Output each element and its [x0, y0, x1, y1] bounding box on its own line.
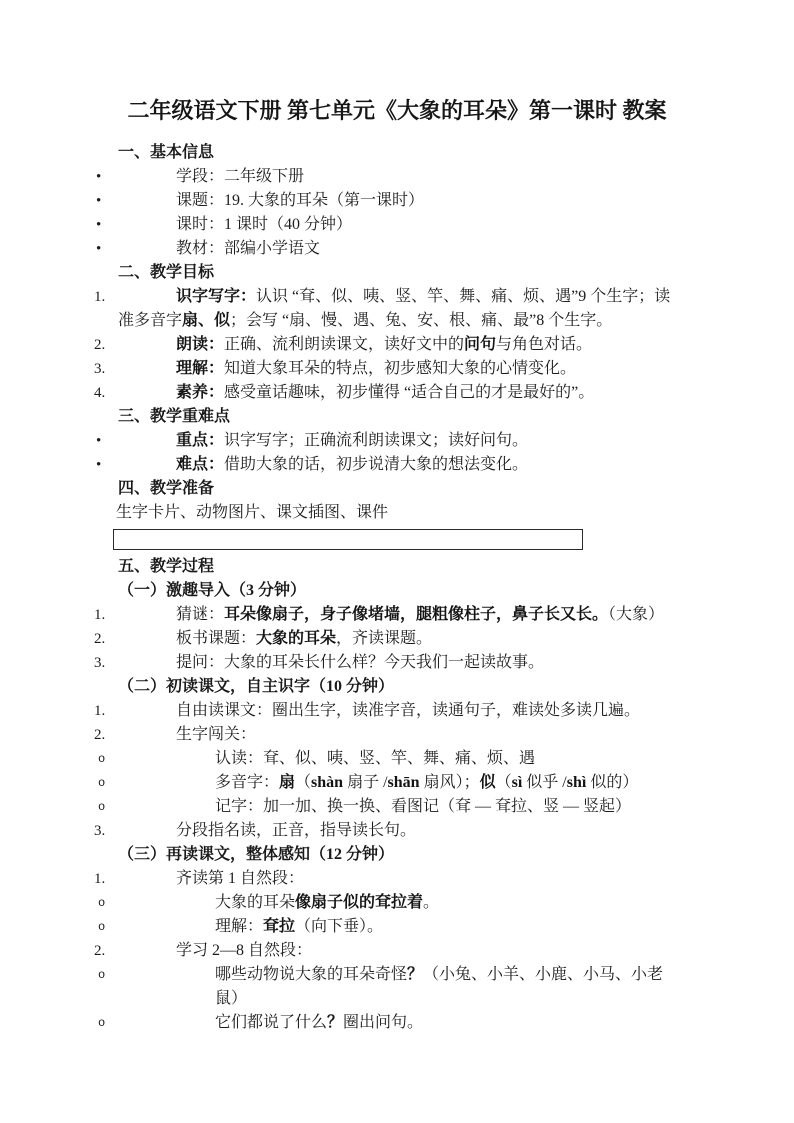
line-text: （二）初读课文，自主识字（10 分钟） [118, 675, 680, 699]
number-marker: 2. [94, 723, 105, 747]
text-run: 识字写字；正确流利朗读课文；读好问句。 [224, 432, 528, 449]
text-run: 借助大象的话，初步说清大象的想法变化。 [224, 456, 528, 473]
wordwork-recognize: o认读：耷、似、咦、竖、竿、舞、痛、烦、遇 [0, 747, 794, 771]
text-run: 理解： [215, 918, 263, 935]
text-run: 它们都说了什么 [215, 1014, 327, 1031]
text-run: 齐读第 1 自然段： [176, 870, 304, 887]
text-run: 课题：19. 大象的耳朵（第一课时） [176, 192, 424, 209]
number-marker: 2. [94, 627, 105, 651]
text-run: 哪些动物说大象的耳朵奇怪 [215, 966, 407, 983]
line-text: 多音字：扇（shàn 扇子 /shān 扇风）；似（sì 似乎 /shì 似的） [215, 771, 680, 795]
text-run: 学段：二年级下册 [176, 168, 304, 185]
bullet-marker: • [96, 189, 101, 213]
line-text: 课题：19. 大象的耳朵（第一课时） [118, 189, 680, 213]
bold-text-run: ？ [407, 966, 423, 983]
line-text: 齐读第 1 自然段： [118, 867, 680, 891]
sub-bullet-marker: o [98, 915, 105, 939]
line-text: 理解：知道大象耳朵的特点，初步感知大象的心情变化。 [118, 357, 680, 381]
line-text: 学段：二年级下册 [118, 165, 680, 189]
bold-text-run: shì [567, 774, 587, 791]
text-run: （ [496, 774, 512, 791]
secondread-paragraph-1: 1.齐读第 1 自然段： [0, 867, 794, 891]
text-run: 。 [423, 894, 439, 911]
line-text: 教材：部编小学语文 [118, 237, 680, 261]
step-3-second-reading: （三）再读课文，整体感知（12 分钟） [0, 843, 794, 867]
wordwork-polyphones: o多音字：扇（shàn 扇子 /shān 扇风）；似（sì 似乎 /shì 似的… [0, 771, 794, 795]
sub-bullet-marker: o [98, 963, 105, 987]
text-run: 提问：大象的耳朵长什么样？今天我们一起读故事。 [176, 654, 544, 671]
item-grade: •学段：二年级下册 [0, 165, 794, 189]
text-run: 正确、流利朗读课文，读好文中的 [224, 336, 464, 353]
question-which-animals: o哪些动物说大象的耳朵奇怪？（小兔、小羊、小鹿、小马、小老鼠） [0, 963, 794, 1011]
line-text: 提问：大象的耳朵长什么样？今天我们一起读故事。 [118, 651, 680, 675]
bold-text-run: 像扇子似的耷拉着 [295, 894, 423, 911]
text-run: 记字：加一加、换一换、看图记（耷 — 耷拉、竖 — 竖起） [215, 798, 631, 815]
line-text: 一、基本信息 [118, 141, 680, 165]
line-text: 生字闯关： [118, 723, 680, 747]
text-run: 课时：1 课时（40 分钟） [176, 216, 352, 233]
text-run: ；会写 “扇、慢、遇、兔、安、根、痛、最”8 个生字。 [230, 312, 612, 329]
bold-text-run: 耷拉 [263, 918, 295, 935]
text-run: ，齐读课题。 [336, 630, 432, 647]
text-run: 似乎 / [522, 774, 566, 791]
bold-text-run: 扇、似 [182, 312, 230, 329]
goal-competence: 4.素养：感受童话趣味，初步懂得 “适合自己的才是最好的”。 [0, 381, 794, 405]
line-text: 记字：加一加、换一换、看图记（耷 — 耷拉、竖 — 竖起） [215, 795, 680, 819]
line-text: 猜谜：耳朵像扇子，身子像堵墙，腿粗像柱子，鼻子长又长。（大象） [118, 603, 680, 627]
text-run: 分段指名读，正音，指导读长句。 [176, 822, 416, 839]
line-text: 难点：借助大象的话，初步说清大象的想法变化。 [118, 453, 680, 477]
item-textbook: •教材：部编小学语文 [0, 237, 794, 261]
bold-text-run: sì [512, 774, 523, 791]
line-text: 大象的耳朵像扇子似的耷拉着。 [215, 891, 680, 915]
text-run: 大象的耳朵 [215, 894, 295, 911]
firstread-free-reading: 1.自由读课文：圈出生字，读准字音，读通句子，难读处多读几遍。 [0, 699, 794, 723]
bullet-marker: • [96, 213, 101, 237]
bold-text-run: 朗读： [176, 336, 224, 353]
section-basic-info: 一、基本信息 [0, 141, 794, 165]
bold-text-run: 大象的耳朵 [256, 630, 336, 647]
line-text: 重点：识字写字；正确流利朗读课文；读好问句。 [118, 429, 680, 453]
line-text: 理解：耷拉（向下垂）。 [215, 915, 680, 939]
text-run: （ [295, 774, 311, 791]
text-run: 扇风）； [420, 774, 480, 791]
firstread-paragraph-reading: 3.分段指名读，正音，指导读长句。 [0, 819, 794, 843]
document-body: 一、基本信息•学段：二年级下册•课题：19. 大象的耳朵（第一课时）•课时：1 … [0, 141, 794, 1035]
line-text: 哪些动物说大象的耳朵奇怪？（小兔、小羊、小鹿、小马、小老鼠） [215, 963, 680, 1011]
text-run: 生字卡片、动物图片、课文插图、课件 [116, 504, 388, 521]
number-marker: 1. [94, 285, 105, 309]
item-preparation-materials: 生字卡片、动物图片、课文插图、课件 [0, 501, 794, 525]
number-marker: 3. [94, 651, 105, 675]
bullet-marker: • [96, 237, 101, 261]
question-what-they-said: o它们都说了什么？圈出问句。 [0, 1011, 794, 1035]
document-page: 二年级语文下册 第七单元《大象的耳朵》第一课时 教案 一、基本信息•学段：二年级… [0, 0, 794, 1123]
line-text: 自由读课文：圈出生字，读准字音，读通句子，难读处多读几遍。 [118, 699, 680, 723]
sub-bullet-marker: o [98, 771, 105, 795]
item-period: •课时：1 课时（40 分钟） [0, 213, 794, 237]
line-text: 二、教学目标 [118, 261, 680, 285]
text-run: 三、教学重难点 [118, 408, 230, 425]
text-run: 扇子 / [343, 774, 387, 791]
goal-literacy: 1.识字写字：认识 “耷、似、咦、竖、竿、舞、痛、烦、遇”9 个生字；读准多音字… [0, 285, 794, 333]
text-run: 圈出问句。 [343, 1014, 423, 1031]
line-text: 板书课题：大象的耳朵，齐读课题。 [118, 627, 680, 651]
text-run: 多音字： [215, 774, 279, 791]
number-marker: 1. [94, 603, 105, 627]
leadin-riddle: 1.猜谜：耳朵像扇子，身子像堵墙，腿粗像柱子，鼻子长又长。（大象） [0, 603, 794, 627]
bold-text-run: shān [388, 774, 420, 791]
line-text: 认读：耷、似、咦、竖、竿、舞、痛、烦、遇 [215, 747, 680, 771]
bold-text-run: 难点： [176, 456, 224, 473]
leadin-board-title: 2.板书课题：大象的耳朵，齐读课题。 [0, 627, 794, 651]
text-run: （大象） [608, 606, 664, 623]
bold-text-run: 扇 [279, 774, 295, 791]
secondread-paragraphs-2-8: 2.学习 2—8 自然段： [0, 939, 794, 963]
number-marker: 1. [94, 867, 105, 891]
sub-bullet-marker: o [98, 795, 105, 819]
line-text: 学习 2—8 自然段： [118, 939, 680, 963]
bold-text-run: ？ [327, 1014, 343, 1031]
number-marker: 2. [94, 333, 105, 357]
number-marker: 3. [94, 357, 105, 381]
text-run: 知道大象耳朵的特点，初步感知大象的心情变化。 [224, 360, 576, 377]
text-run: 认读：耷、似、咦、竖、竿、舞、痛、烦、遇 [215, 750, 535, 767]
bold-text-run: shàn [311, 774, 343, 791]
bold-text-run: 问句 [464, 336, 496, 353]
item-lesson-title: •课题：19. 大象的耳朵（第一课时） [0, 189, 794, 213]
line-text: 它们都说了什么？圈出问句。 [215, 1011, 680, 1035]
step-2-first-reading: （二）初读课文，自主识字（10 分钟） [0, 675, 794, 699]
paragraph1-sentence: o大象的耳朵像扇子似的耷拉着。 [0, 891, 794, 915]
bold-text-run: 重点： [176, 432, 224, 449]
bullet-marker: • [96, 453, 101, 477]
line-text: 朗读：正确、流利朗读课文，读好文中的问句与角色对话。 [118, 333, 680, 357]
text-run: 学习 2—8 自然段： [176, 942, 312, 959]
text-run: 自由读课文：圈出生字，读准字音，读通句子，难读处多读几遍。 [176, 702, 640, 719]
text-run: （二）初读课文，自主识字（10 分钟） [118, 678, 394, 695]
text-run: （向下垂）。 [295, 918, 383, 935]
number-marker: 2. [94, 939, 105, 963]
number-marker: 3. [94, 819, 105, 843]
sub-bullet-marker: o [98, 1011, 105, 1035]
bullet-marker: • [96, 165, 101, 189]
text-run: （三）再读课文，整体感知（12 分钟） [118, 846, 394, 863]
line-text: 生字卡片、动物图片、课文插图、课件 [116, 501, 680, 525]
step-1-lead-in: （一）激趣导入（3 分钟） [0, 579, 794, 603]
sub-bullet-marker: o [98, 891, 105, 915]
wordwork-memorize: o记字：加一加、换一换、看图记（耷 — 耷拉、竖 — 竖起） [0, 795, 794, 819]
text-run: 猜谜： [176, 606, 224, 623]
line-text: 识字写字：认识 “耷、似、咦、竖、竿、舞、痛、烦、遇”9 个生字；读准多音字扇、… [118, 285, 680, 333]
bullet-marker: • [96, 429, 101, 453]
section-teaching-goals: 二、教学目标 [0, 261, 794, 285]
text-run: 教材：部编小学语文 [176, 240, 320, 257]
item-difficult-point: •难点：借助大象的话，初步说清大象的想法变化。 [0, 453, 794, 477]
text-run: 与角色对话。 [496, 336, 592, 353]
line-text: 分段指名读，正音，指导读长句。 [118, 819, 680, 843]
goal-comprehension: 3.理解：知道大象耳朵的特点，初步感知大象的心情变化。 [0, 357, 794, 381]
section-preparation: 四、教学准备 [0, 477, 794, 501]
number-marker: 1. [94, 699, 105, 723]
goal-reading: 2.朗读：正确、流利朗读课文，读好文中的问句与角色对话。 [0, 333, 794, 357]
paragraph1-word-meaning: o理解：耷拉（向下垂）。 [0, 915, 794, 939]
line-text: （三）再读课文，整体感知（12 分钟） [118, 843, 680, 867]
bold-text-run: 素养： [176, 384, 224, 401]
text-run: 板书课题： [176, 630, 256, 647]
section-key-difficult-points: 三、教学重难点 [0, 405, 794, 429]
section-teaching-process: 五、教学过程 [0, 555, 794, 579]
line-text: （一）激趣导入（3 分钟） [118, 579, 680, 603]
number-marker: 4. [94, 381, 105, 405]
line-text: 三、教学重难点 [118, 405, 680, 429]
text-run: 感受童话趣味，初步懂得 “适合自己的才是最好的”。 [224, 384, 594, 401]
prep-empty-box[interactable] [113, 529, 583, 550]
text-run: 生字闯关： [176, 726, 256, 743]
firstread-word-challenge: 2.生字闯关： [0, 723, 794, 747]
document-title: 二年级语文下册 第七单元《大象的耳朵》第一课时 教案 [0, 0, 794, 126]
bold-text-run: 理解： [176, 360, 224, 377]
line-text: 四、教学准备 [118, 477, 680, 501]
text-run: 似的） [586, 774, 638, 791]
text-run: 一、基本信息 [118, 144, 214, 161]
line-text: 素养：感受童话趣味，初步懂得 “适合自己的才是最好的”。 [118, 381, 680, 405]
item-key-point: •重点：识字写字；正确流利朗读课文；读好问句。 [0, 429, 794, 453]
bold-text-run: 似 [480, 774, 496, 791]
text-run: 二、教学目标 [118, 264, 214, 281]
line-text: 课时：1 课时（40 分钟） [118, 213, 680, 237]
line-text: 五、教学过程 [118, 555, 680, 579]
text-run: 五、教学过程 [118, 558, 214, 575]
sub-bullet-marker: o [98, 747, 105, 771]
bold-text-run: 耳朵像扇子，身子像堵墙，腿粗像柱子，鼻子长又长。 [224, 606, 608, 623]
text-run: （一）激趣导入（3 分钟） [118, 582, 306, 599]
leadin-question: 3.提问：大象的耳朵长什么样？今天我们一起读故事。 [0, 651, 794, 675]
bold-text-run: 识字写字： [176, 288, 256, 305]
text-run: 四、教学准备 [118, 480, 214, 497]
